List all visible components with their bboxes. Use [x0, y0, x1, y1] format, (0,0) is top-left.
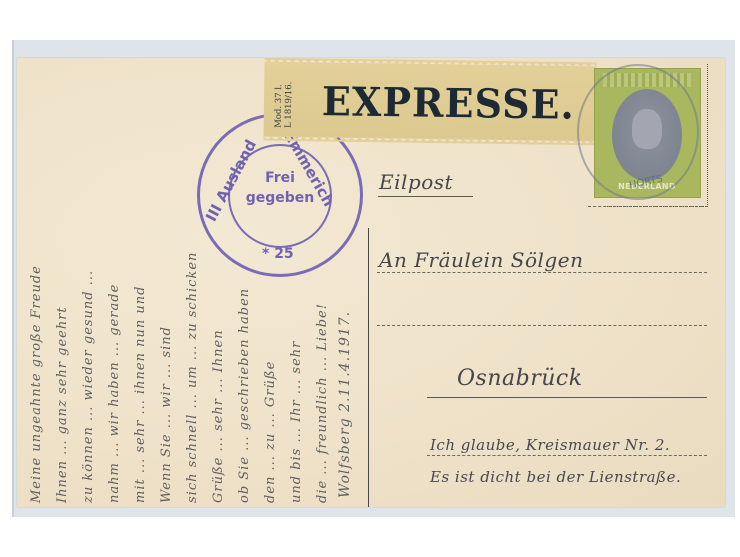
recipient-name: An Fräulein Sölgen	[379, 248, 583, 272]
stamp-box-bottom-line	[588, 206, 708, 207]
message-column: die ... freundlich ... Liebe!	[315, 303, 330, 503]
message-column: mit ... sehr ... ihnen nun und	[133, 286, 148, 503]
address-line-4	[427, 455, 707, 456]
service-eilpost: Eilpost	[379, 170, 453, 194]
recipient-city: Osnabrück	[457, 366, 583, 391]
city-underline	[427, 397, 707, 398]
message-column: den ... zu ... Grüße	[263, 361, 278, 503]
express-text: EXPRESSE.	[322, 77, 575, 128]
censor-number: * 25	[262, 246, 294, 262]
message-column: nahm ... wir haben ... gerade	[107, 284, 122, 503]
address-line-1	[377, 272, 707, 273]
message-column: sich schnell ... um ... zu schicken	[185, 252, 200, 503]
message-column: ob Sie ... geschrieben haben	[237, 288, 252, 503]
message-column: zu können ... wieder gesund ...	[81, 270, 96, 503]
express-form-number: Mod. 37 l. L 1819/16.	[274, 70, 295, 130]
postcard: Meine ungeahnte große Freude Ihnen ... g…	[17, 58, 725, 507]
address-line-2	[377, 325, 707, 326]
message-column: Meine ungeahnte große Freude	[29, 265, 44, 503]
message-column: und bis ... Ihr ... sehr	[289, 341, 304, 503]
message-column: Grüße ... sehr ... Ihnen	[211, 329, 226, 503]
card-divider-line	[368, 228, 369, 507]
express-label: Mod. 37 l. L 1819/16. EXPRESSE.	[263, 62, 596, 142]
message-column: Wenn Sie ... wir ... sind	[159, 326, 174, 503]
message-column: Ihnen ... ganz sehr geehrt	[55, 306, 70, 503]
message-dateline: Wolfsberg 2.11.4.1917.	[337, 311, 353, 498]
address-note: Es ist dicht bei der Lienstraße.	[430, 468, 681, 486]
postmark-text: HORTS	[628, 174, 664, 192]
recipient-street: Ich glaube, Kreismauer Nr. 2.	[430, 436, 670, 454]
service-underline	[378, 196, 473, 197]
postmark-circle: HORTS	[577, 64, 699, 200]
